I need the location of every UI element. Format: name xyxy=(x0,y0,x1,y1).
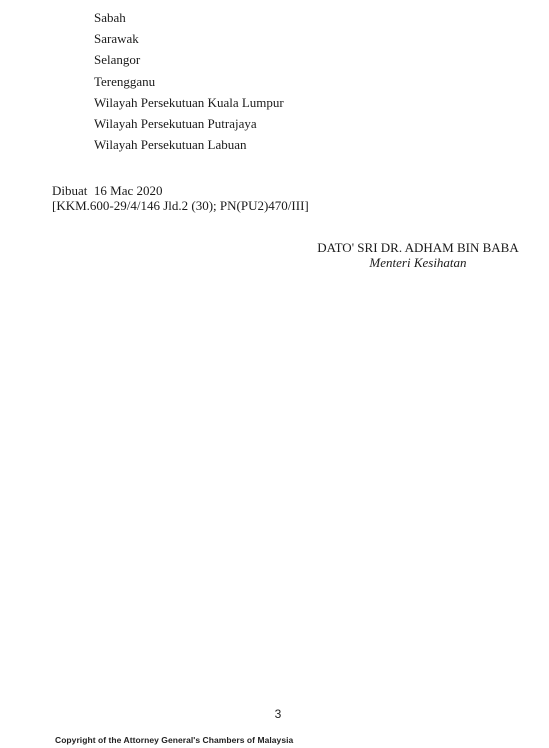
list-item: Wilayah Persekutuan Kuala Lumpur xyxy=(94,92,284,113)
list-item: Selangor xyxy=(94,49,284,70)
reference-number: [KKM.600-29/4/146 Jld.2 (30); PN(PU2)470… xyxy=(52,199,309,214)
list-item: Terengganu xyxy=(94,71,284,92)
copyright-notice: Copyright of the Attorney General's Cham… xyxy=(55,735,293,745)
states-list: Sabah Sarawak Selangor Terengganu Wilaya… xyxy=(94,7,284,155)
enactment-date: Dibuat 16 Mac 2020 xyxy=(52,184,309,199)
list-item: Wilayah Persekutuan Labuan xyxy=(94,134,284,155)
list-item: Wilayah Persekutuan Putrajaya xyxy=(94,113,284,134)
page-number: 3 xyxy=(270,707,286,721)
signatory-role: Menteri Kesihatan xyxy=(300,255,536,270)
signature-block: DATO' SRI DR. ADHAM BIN BABA Menteri Kes… xyxy=(300,240,536,270)
list-item: Sarawak xyxy=(94,28,284,49)
enactment-block: Dibuat 16 Mac 2020 [KKM.600-29/4/146 Jld… xyxy=(52,184,309,213)
list-item: Sabah xyxy=(94,7,284,28)
signatory-name: DATO' SRI DR. ADHAM BIN BABA xyxy=(300,240,536,255)
